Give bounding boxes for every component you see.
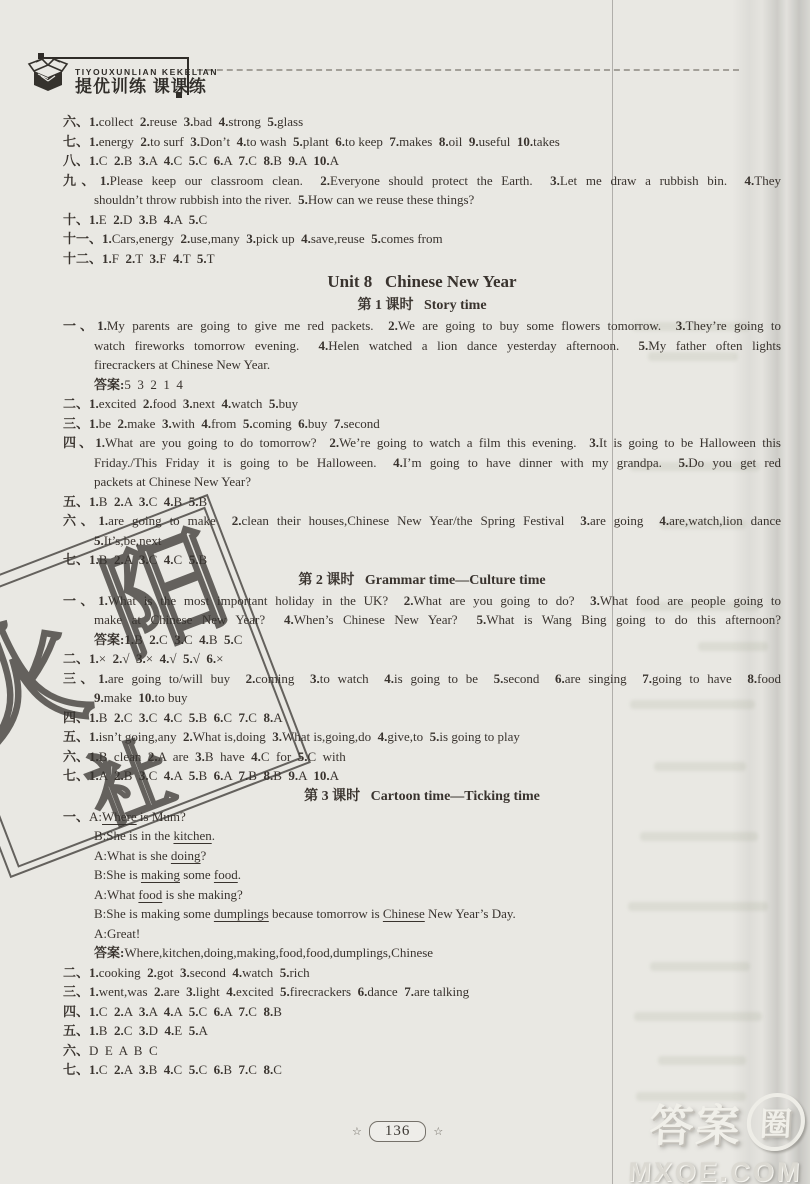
answer-line: 五、1.isn’t going,any 2.What is,doing 3.Wh… [63,727,781,747]
answer-line: 一、1.My parents are going to give me red … [63,316,781,336]
answer-line: 五、1.B 2.A 3.C 4.B 5.B [63,492,781,512]
answer-line: 二、1.cooking 2.got 3.second 4.watch 5.ric… [63,963,781,983]
lesson-heading: 第 1 课时 Story time [63,295,781,316]
answer-line: 三、1.be 2.make 3.with 4.from 5.coming 6.b… [63,414,781,434]
answer-line: 九、1.Please keep our classroom clean. 2.E… [63,171,781,191]
answer-line: 四、1.B 2.C 3.C 4.C 5.B 6.C 7.C 8.A [63,708,781,728]
answer-line: 一、A:Where is Mum? [63,807,781,827]
answer-line: shouldn’t throw rubbish into the river. … [63,190,781,210]
answer-line: 七、1.B 2.A 3.C 4.C 5.B [63,550,781,570]
brand-logo: TIYOUXUNLIAN KEKELIAN 提优训练 课课练 [26,54,218,99]
answer-line: 十二、1.F 2.T 3.F 4.T 5.T [63,249,781,269]
answer-line: 二、1.× 2.√ 3.× 4.√ 5.√ 6.× [63,649,781,669]
page-crease-line [612,0,613,1184]
answer-line: 四、1.C 2.A 3.A 4.A 5.C 6.A 7.C 8.B [63,1002,781,1022]
brand-text: TIYOUXUNLIAN KEKELIAN 提优训练 课课练 [75,68,218,99]
answer-line: make at Chinese New Year? 4.When’s Chine… [63,610,781,630]
answer-line: 9.make 10.to buy [63,688,781,708]
watermark-text: 答案 [648,1090,743,1154]
page-number-badge: ☆ 136 ☆ [352,1121,443,1142]
star-icon: ☆ [352,1125,362,1138]
answer-line: 八、1.C 2.B 3.A 4.C 5.C 6.A 7.C 8.B 9.A 10… [63,151,781,171]
answer-line: 五、1.B 2.C 3.D 4.E 5.A [63,1021,781,1041]
answer-line: A:Great! [63,924,781,944]
answer-line: 七、1.A 2.B 3.C 4.A 5.B 6.A 7.B 8.B 9.A 10… [63,766,781,786]
answer-line: A:What food is she making? [63,885,781,905]
answer-line: Friday./This Friday it is going to be Ha… [63,453,781,473]
answer-line: packets at Chinese New Year? [63,472,781,492]
answer-line: 四、1.What are you going to do tomorrow? 2… [63,433,781,453]
answer-line: B:She is making some dumplings because t… [63,904,781,924]
page-number: 136 [369,1121,427,1142]
answer-line: A:What is she doing? [63,846,781,866]
answer-line: B:She is in the kitchen. [63,826,781,846]
bleedthrough-bar [636,1092,746,1101]
answer-line: 十、1.E 2.D 3.B 4.A 5.C [63,210,781,230]
answer-line: firecrackers at Chinese New Year. [63,355,781,375]
answer-line: 答案:Where,kitchen,doing,making,food,food,… [63,943,781,963]
answer-line: 三、1.went,was 2.are 3.light 4.excited 5.f… [63,982,781,1002]
answer-line: B:She is making some food. [63,865,781,885]
answer-line: 答案:5 3 2 1 4 [63,375,781,395]
answer-line: 六、1.B clean 2.A are 3.B have 4.C for 5.C… [63,747,781,767]
dashed-separator [197,69,739,71]
answer-line: 二、1.excited 2.food 3.next 4.watch 5.buy [63,394,781,414]
answer-line: 七、1.C 2.A 3.B 4.C 5.C 6.B 7.C 8.C [63,1060,781,1080]
brand-name-pinyin: TIYOUXUNLIAN KEKELIAN [75,68,218,78]
answer-line: 六、1.are going to make 2.clean their hous… [63,511,781,531]
star-icon: ☆ [433,1125,443,1138]
answers-content: 六、1.collect 2.reuse 3.bad 4.strong 5.gla… [63,112,781,1080]
answer-line: 5.It’s,be,next [63,531,781,551]
answer-line: 一、1.What is the most important holiday i… [63,591,781,611]
lesson-heading: 第 3 课时 Cartoon time—Ticking time [63,786,781,807]
open-box-icon [26,54,70,99]
lesson-heading: 第 2 课时 Grammar time—Culture time [63,570,781,591]
brand-name-chinese: 提优训练 课课练 [75,77,218,97]
answer-line: 答案:1.B 2.C 3.C 4.B 5.C [63,630,781,650]
answer-line: watch fireworks tomorrow evening. 4.Hele… [63,336,781,356]
answer-line: 六、1.collect 2.reuse 3.bad 4.strong 5.gla… [63,112,781,132]
answer-line: 六、D E A B C [63,1041,781,1061]
unit-heading: Unit 8 Chinese New Year [63,269,781,294]
answer-line: 七、1.energy 2.to surf 3.Don’t 4.to wash 5… [63,132,781,152]
answer-line: 三、1.are going to/will buy 2.coming 3.to … [63,669,781,689]
answer-line: 十一、1.Cars,energy 2.use,many 3.pick up 4.… [63,229,781,249]
